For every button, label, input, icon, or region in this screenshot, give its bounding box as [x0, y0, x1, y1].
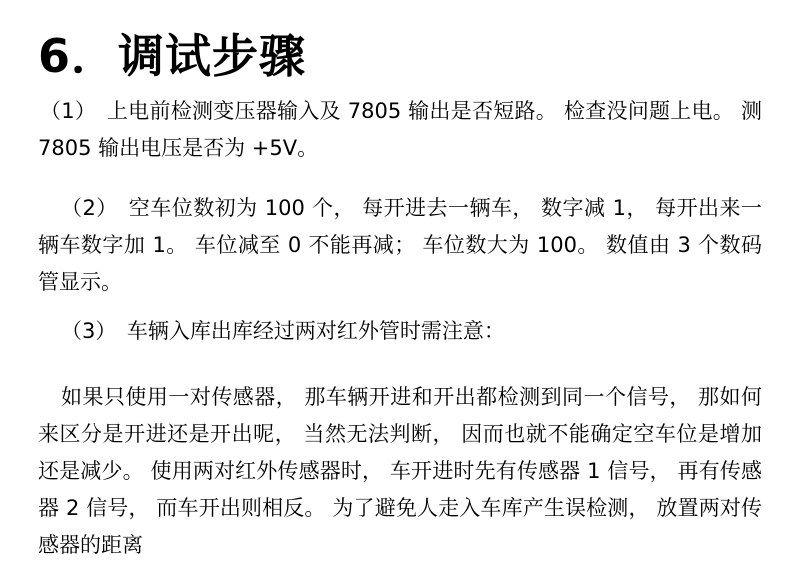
paragraph-step-3: （3） 车辆入库出库经过两对红外管时需注意： — [38, 313, 762, 350]
paragraph-step-1: （1） 上电前检测变压器输入及 7805 输出是否短路。 检查没问题上电。 测 … — [38, 93, 762, 167]
paragraph-step-2: （2） 空车位数初为 100 个， 每开进去一辆车， 数字减 1， 每开出来一辆… — [38, 190, 762, 301]
document-page: 6．调试步骤 （1） 上电前检测变压器输入及 7805 输出是否短路。 检查没问… — [0, 0, 800, 568]
section-heading: 6．调试步骤 — [38, 28, 762, 84]
paragraph-sensor-note: 如果只使用一对传感器， 那车辆开进和开出都检测到同一个信号， 那如何来区分是开进… — [38, 379, 762, 564]
